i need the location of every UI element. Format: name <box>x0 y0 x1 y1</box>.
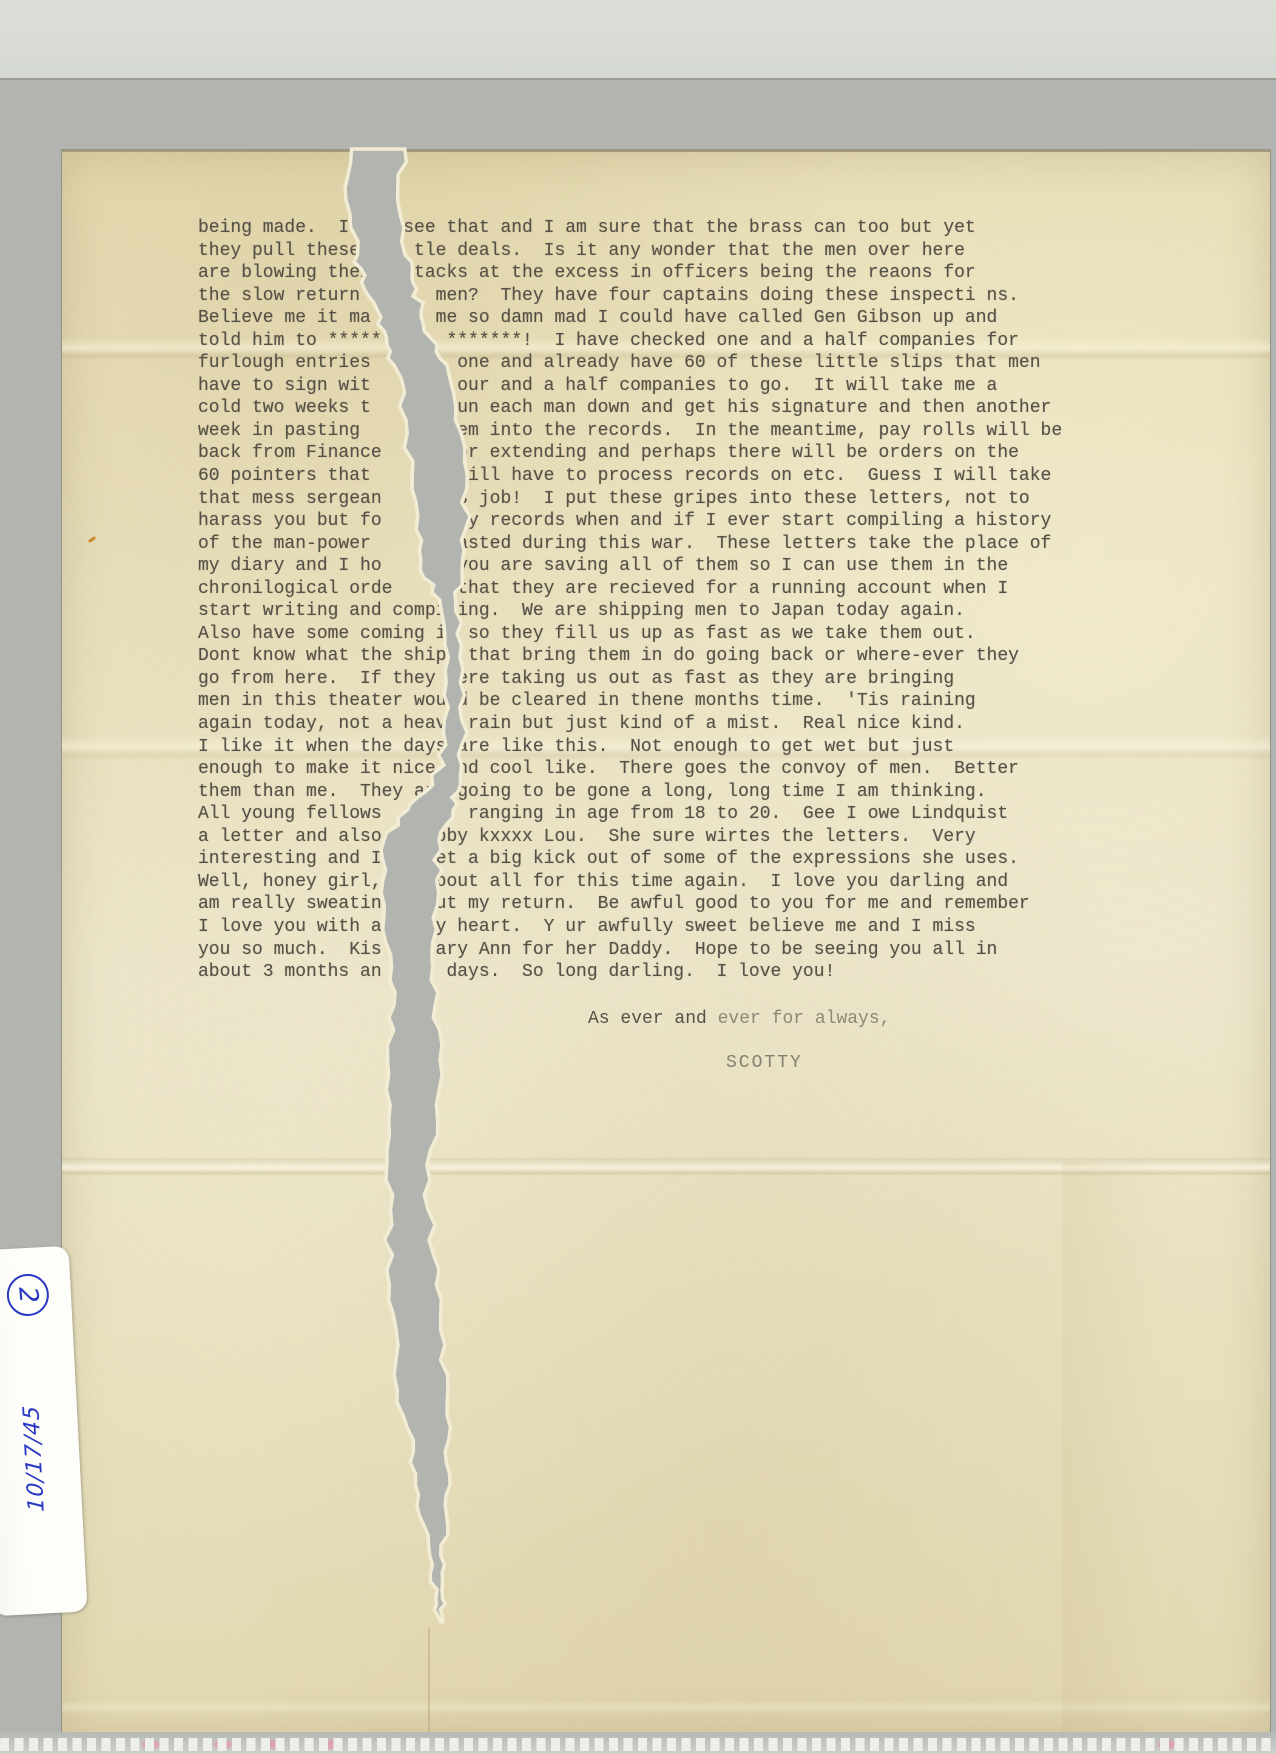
letter-line: being made. I see that and I am sure tha… <box>198 217 1062 240</box>
label-date: 10/17/45 <box>18 1393 50 1524</box>
label-number: 2 <box>5 1272 51 1318</box>
letter-line: 60 pointers that will have to process re… <box>198 465 1062 488</box>
letter-line: All young fellows o, ranging in age from… <box>198 803 1062 826</box>
letter-line: have to sign wit our and a half companie… <box>198 375 1062 398</box>
closing-strong: As ever and <box>588 1009 707 1029</box>
letter-line: I love you with a y heart. Y ur awfully … <box>198 916 1062 939</box>
signature: SCOTTY <box>726 1052 803 1074</box>
letter-page: being made. I see that and I am sure tha… <box>62 150 1270 1736</box>
letter-line: a letter and also bby kxxxx Lou. She sur… <box>198 826 1062 849</box>
letter-line: the slow return men? They have four capt… <box>198 285 1062 308</box>
scanner-bed-top-strip <box>0 0 1276 80</box>
paper-shading <box>1062 1162 1270 1736</box>
letter-line: Dont know what the ships that bring them… <box>198 645 1062 668</box>
scanned-letter-page: being made. I see that and I am sure tha… <box>0 0 1276 1754</box>
letter-line: them than me. They are going to be gone … <box>198 781 1062 804</box>
letter-line: furlough entries one and already have 60… <box>198 352 1062 375</box>
perforations <box>0 1738 1276 1751</box>
letter-line: you so much. Kis ary Ann for her Daddy. … <box>198 939 1062 962</box>
letter-line: that mess sergean s job! I put these gri… <box>198 488 1062 511</box>
letter-line: men in this theater would be cleared in … <box>198 690 1062 713</box>
letter-line: am really sweatin ut my return. Be awful… <box>198 893 1062 916</box>
paper-fleck <box>88 536 96 543</box>
letter-line: again today, not a heavy rain but just k… <box>198 713 1062 736</box>
letter-line: my diary and I ho you are saving all of … <box>198 555 1062 578</box>
letter-line: told him to ***** *******! I have checke… <box>198 330 1062 353</box>
letter-line: of the man-power asted during this war. … <box>198 533 1062 556</box>
letter-line: about 3 months an days. So long darling.… <box>198 961 1062 984</box>
letter-line: are blowing thei tacks at the excess in … <box>198 262 1062 285</box>
letter-line: enough to make it nice and cool like. Th… <box>198 758 1062 781</box>
tear-crease-extension <box>428 1628 430 1734</box>
closing-faint: ever for always, <box>707 1009 891 1029</box>
letter-line: they pull these tle deals. Is it any won… <box>198 240 1062 263</box>
binder-edge-strip <box>0 1732 1276 1754</box>
letter-line: chronilogical orde that they are recieve… <box>198 578 1062 601</box>
letter-line: back from Finance or extending and perha… <box>198 442 1062 465</box>
letter-line: start writing and compiling. We are ship… <box>198 600 1062 623</box>
letter-line: cold two weeks t un each man down and ge… <box>198 397 1062 420</box>
letter-line: Also have some coming in so they fill us… <box>198 623 1062 646</box>
letter-line: I like it when the days are like this. N… <box>198 736 1062 759</box>
letter-line: interesting and I et a big kick out of s… <box>198 848 1062 871</box>
closing-line: As ever and ever for always, <box>588 1008 890 1030</box>
letter-line: week in pasting em into the records. In … <box>198 420 1062 443</box>
letter-body: being made. I see that and I am sure tha… <box>198 217 1062 984</box>
letter-line: Believe me it ma me so damn mad I could … <box>198 307 1062 330</box>
letter-line: Well, honey girl, bout all for this time… <box>198 871 1062 894</box>
letter-line: harass you but fo my records when and if… <box>198 510 1062 533</box>
letter-line: go from here. If they were taking us out… <box>198 668 1062 691</box>
